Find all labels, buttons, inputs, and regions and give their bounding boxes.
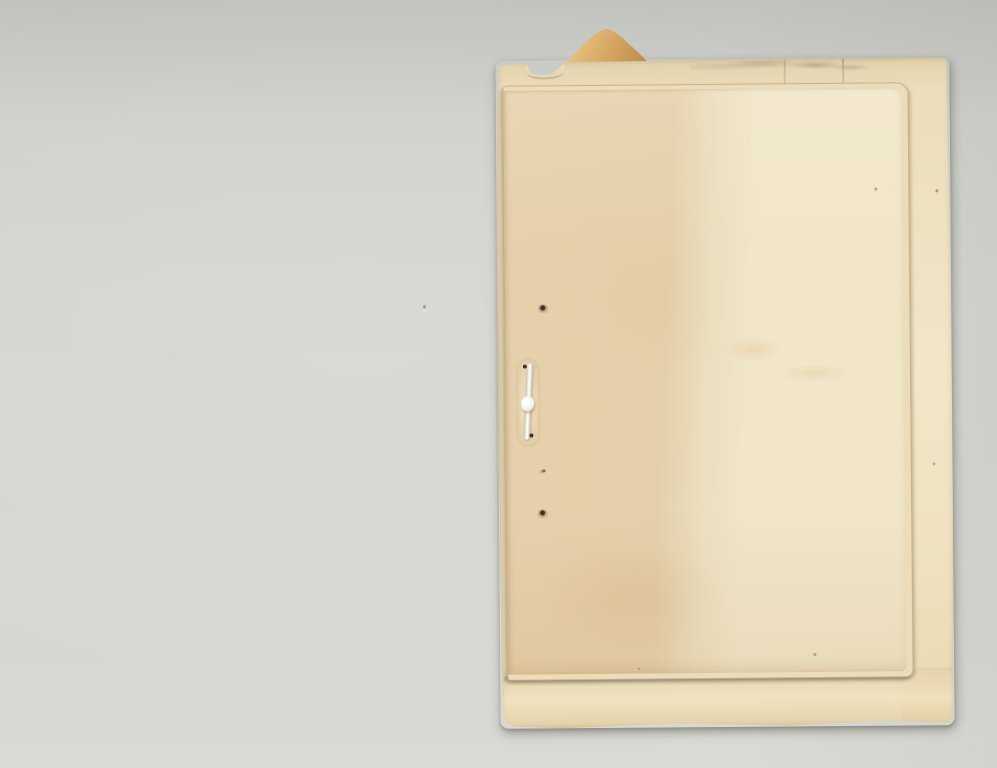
foxing-speck: [813, 653, 816, 656]
page-stain: [537, 541, 728, 653]
foxing-speck: [874, 187, 877, 190]
page-stain: [565, 209, 727, 390]
foxing-speck: [637, 668, 640, 670]
punch-hole-bottom: [537, 508, 549, 518]
string-hole-top: [523, 365, 527, 369]
ink-speck: [542, 469, 546, 472]
page-stain: [778, 364, 852, 383]
string-fastener: [512, 356, 545, 448]
page-stain: [724, 336, 782, 363]
photo-canvas: [0, 0, 997, 768]
foxing-speck: [935, 189, 938, 192]
foxing-speck: [933, 462, 936, 465]
string-hole-bottom: [529, 433, 533, 437]
dust-speck: [423, 305, 426, 309]
front-page: [503, 87, 906, 674]
punch-hole-top: [537, 303, 549, 313]
